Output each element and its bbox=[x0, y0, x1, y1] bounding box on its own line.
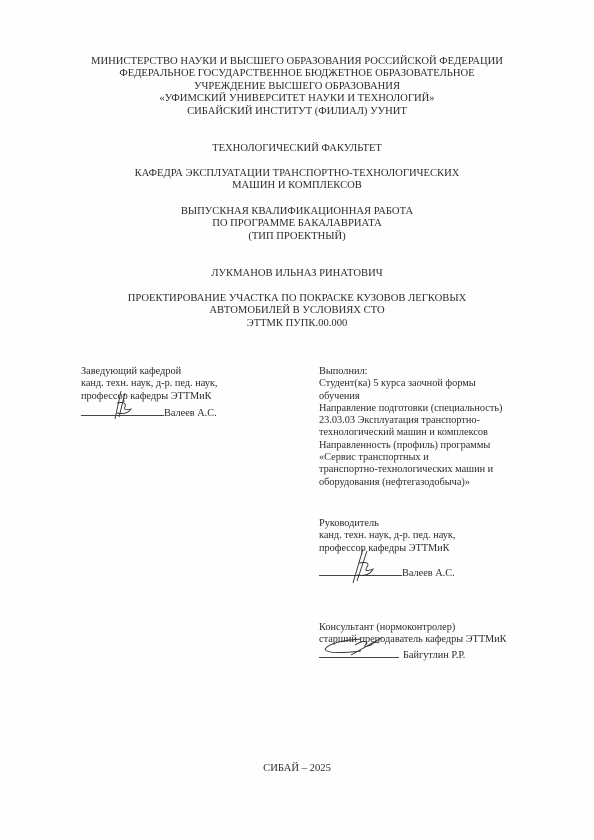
signature-line bbox=[319, 565, 402, 576]
position-label: профессор кафедры ЭТТМиК bbox=[81, 391, 218, 403]
header-line: УЧРЕЖДЕНИЕ ВЫСШЕГО ОБРАЗОВАНИЯ bbox=[0, 81, 594, 93]
thesis-title: ПРОЕКТИРОВАНИЕ УЧАСТКА ПО ПОКРАСКЕ КУЗОВ… bbox=[0, 293, 594, 330]
performed-line: «Сервис транспортных и bbox=[319, 452, 502, 464]
department-line: МАШИН И КОМПЛЕКСОВ bbox=[0, 180, 594, 192]
position-label: профессор кафедры ЭТТМиК bbox=[319, 543, 456, 555]
work-type-line: (ТИП ПРОЕКТНЫЙ) bbox=[0, 231, 594, 243]
signer-name: Валеев А.С. bbox=[164, 408, 217, 419]
header-line: «УФИМСКИЙ УНИВЕРСИТЕТ НАУКИ И ТЕХНОЛОГИЙ… bbox=[0, 93, 594, 105]
performed-line: 23.03.03 Эксплуатация транспортно- bbox=[319, 415, 502, 427]
performed-by-block: Выполнил: Студент(ка) 5 курса заочной фо… bbox=[319, 366, 502, 489]
role-label: Руководитель bbox=[319, 518, 456, 530]
performed-line: транспортно-технологических машин и bbox=[319, 464, 502, 476]
role-label: Консультант (нормоконтролер) bbox=[319, 622, 507, 634]
performed-line: Выполнил: bbox=[319, 366, 502, 378]
performed-line: Направленность (профиль) программы bbox=[319, 440, 502, 452]
signature-row: Байгутлин Р.Р. bbox=[319, 647, 507, 662]
title-line: АВТОМОБИЛЕЙ В УСЛОВИЯХ СТО bbox=[0, 305, 594, 317]
department: КАФЕДРА ЭКСПЛУАТАЦИИ ТРАНСПОРТНО-ТЕХНОЛО… bbox=[0, 168, 594, 193]
performed-line: обучения bbox=[319, 391, 502, 403]
header-line: СИБАЙСКИЙ ИНСТИТУТ (ФИЛИАЛ) УУНИТ bbox=[0, 106, 594, 118]
header-line: ФЕДЕРАЛЬНОЕ ГОСУДАРСТВЕННОЕ БЮДЖЕТНОЕ ОБ… bbox=[0, 68, 594, 80]
author-name: ЛУКМАНОВ ИЛЬНАЗ РИНАТОВИЧ bbox=[0, 268, 594, 280]
ministry-header: МИНИСТЕРСТВО НАУКИ И ВЫСШЕГО ОБРАЗОВАНИЯ… bbox=[0, 56, 594, 118]
title-page: МИНИСТЕРСТВО НАУКИ И ВЫСШЕГО ОБРАЗОВАНИЯ… bbox=[0, 0, 594, 840]
signer-name: Байгутлин Р.Р. bbox=[403, 650, 465, 661]
signer-name: Валеев А.С. bbox=[402, 568, 455, 579]
city-year: СИБАЙ – 2025 bbox=[0, 763, 594, 775]
performed-line: оборудования (нефтегазодобыча)» bbox=[319, 477, 502, 489]
degree-label: канд. техн. наук, д-р. пед. наук, bbox=[81, 378, 218, 390]
performed-line: Студент(ка) 5 курса заочной формы bbox=[319, 378, 502, 390]
signature-row: Валеев А.С. bbox=[319, 565, 456, 580]
work-type-line: ПО ПРОГРАММЕ БАКАЛАВРИАТА bbox=[0, 218, 594, 230]
degree-label: канд. техн. наук, д-р. пед. наук, bbox=[319, 530, 456, 542]
document-code: ЭТТМК ПУПК.00.000 bbox=[0, 318, 594, 330]
footer: СИБАЙ – 2025 bbox=[0, 763, 594, 775]
position-label: старший преподаватель кафедры ЭТТМиК bbox=[319, 634, 507, 646]
performed-line: технологический машин и комплексов bbox=[319, 427, 502, 439]
title-line: ПРОЕКТИРОВАНИЕ УЧАСТКА ПО ПОКРАСКЕ КУЗОВ… bbox=[0, 293, 594, 305]
work-type: ВЫПУСКНАЯ КВАЛИФИКАЦИОННАЯ РАБОТА ПО ПРО… bbox=[0, 206, 594, 243]
author: ЛУКМАНОВ ИЛЬНАЗ РИНАТОВИЧ bbox=[0, 268, 594, 280]
role-label: Заведующий кафедрой bbox=[81, 366, 218, 378]
consultant-block: Консультант (нормоконтролер) старший пре… bbox=[319, 622, 507, 662]
signature-line bbox=[319, 647, 399, 658]
signature-line bbox=[81, 405, 164, 416]
header-line: МИНИСТЕРСТВО НАУКИ И ВЫСШЕГО ОБРАЗОВАНИЯ… bbox=[0, 56, 594, 68]
supervisor-block: Руководитель канд. техн. наук, д-р. пед.… bbox=[319, 518, 456, 580]
performed-line: Направление подготовки (специальность) bbox=[319, 403, 502, 415]
department-line: КАФЕДРА ЭКСПЛУАТАЦИИ ТРАНСПОРТНО-ТЕХНОЛО… bbox=[0, 168, 594, 180]
signature-row: Валеев А.С. bbox=[81, 405, 218, 420]
faculty-name: ТЕХНОЛОГИЧЕСКИЙ ФАКУЛЬТЕТ bbox=[0, 143, 594, 155]
work-type-line: ВЫПУСКНАЯ КВАЛИФИКАЦИОННАЯ РАБОТА bbox=[0, 206, 594, 218]
head-of-department-block: Заведующий кафедрой канд. техн. наук, д-… bbox=[81, 366, 218, 420]
faculty: ТЕХНОЛОГИЧЕСКИЙ ФАКУЛЬТЕТ bbox=[0, 143, 594, 155]
